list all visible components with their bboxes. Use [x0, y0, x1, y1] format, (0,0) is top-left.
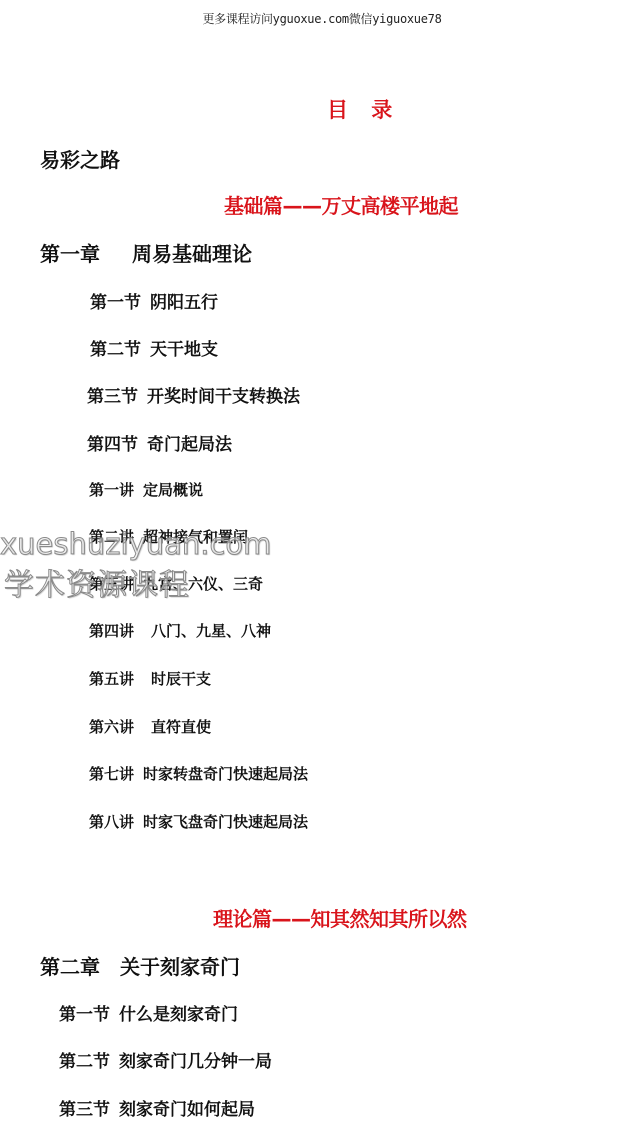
lecture-title: 九宫、六仪、三奇 [143, 575, 263, 593]
chapter-1-heading: 第一章周易基础理论 [40, 238, 252, 267]
chapter-2-heading: 第二章关于刻家奇门 [40, 951, 240, 980]
toc-section: 第三节开奖时间干支转换法 [87, 382, 300, 407]
section-number: 第三节 [59, 1100, 110, 1120]
section-number: 第二节 [90, 340, 141, 360]
lecture-title: 定局概说 [143, 481, 203, 499]
chapter-title: 关于刻家奇门 [120, 955, 240, 979]
toc-section: 第二节刻家奇门几分钟一局 [59, 1047, 272, 1072]
section-title: 天干地支 [150, 340, 218, 360]
toc-lecture: 第一讲定局概说 [89, 479, 203, 500]
lecture-number: 第八讲 [89, 813, 134, 831]
toc-section: 第四节奇门起局法 [87, 430, 232, 455]
chapter-number: 第一章 [40, 238, 100, 267]
section-number: 第三节 [87, 387, 138, 407]
toc-lecture: 第七讲时家转盘奇门快速起局法 [89, 763, 308, 784]
section-number: 第一节 [90, 293, 141, 313]
toc-title: 目 录 [327, 94, 400, 124]
section-title: 什么是刻家奇门 [119, 1005, 238, 1025]
toc-section: 第二节天干地支 [90, 335, 218, 360]
toc-lecture: 第六讲直符直使 [89, 716, 211, 737]
promo-header: 更多课程访问yguoxue.com微信yiguoxue78 [0, 10, 644, 27]
part-heading-basics: 基础篇——万丈高楼平地起 [224, 190, 458, 219]
chapter-number: 第二章 [40, 951, 100, 980]
section-title: 刻家奇门如何起局 [119, 1100, 255, 1120]
lecture-number: 第二讲 [89, 528, 134, 546]
section-title: 开奖时间干支转换法 [147, 387, 300, 407]
lecture-title: 时辰干支 [151, 670, 211, 688]
toc-lecture: 第五讲时辰干支 [89, 668, 211, 689]
toc-section: 第一节阴阳五行 [90, 288, 218, 313]
lecture-title: 直符直使 [151, 718, 211, 736]
toc-lecture: 第四讲八门、九星、八神 [89, 620, 271, 641]
section-title: 奇门起局法 [147, 435, 232, 455]
toc-section: 第一节什么是刻家奇门 [59, 1000, 238, 1025]
chapter-title: 周易基础理论 [132, 242, 252, 266]
toc-lecture: 第三讲九宫、六仪、三奇 [89, 573, 263, 594]
part-heading-theory: 理论篇——知其然知其所以然 [213, 903, 467, 932]
lecture-number: 第五讲 [89, 670, 134, 688]
section-title: 刻家奇门几分钟一局 [119, 1052, 272, 1072]
section-number: 第二节 [59, 1052, 110, 1072]
lecture-title: 八门、九星、八神 [151, 622, 271, 640]
lecture-number: 第三讲 [89, 575, 134, 593]
lecture-number: 第七讲 [89, 765, 134, 783]
lecture-title: 超神接气和置闰 [143, 528, 248, 546]
lecture-title: 时家飞盘奇门快速起局法 [143, 813, 308, 831]
book-title: 易彩之路 [40, 144, 120, 173]
lecture-number: 第六讲 [89, 718, 134, 736]
toc-section: 第三节刻家奇门如何起局 [59, 1095, 255, 1120]
toc-lecture: 第八讲时家飞盘奇门快速起局法 [89, 811, 308, 832]
toc-lecture: 第二讲超神接气和置闰 [89, 526, 248, 547]
lecture-number: 第一讲 [89, 481, 134, 499]
lecture-title: 时家转盘奇门快速起局法 [143, 765, 308, 783]
section-number: 第一节 [59, 1005, 110, 1025]
section-title: 阴阳五行 [150, 293, 218, 313]
lecture-number: 第四讲 [89, 622, 134, 640]
section-number: 第四节 [87, 435, 138, 455]
